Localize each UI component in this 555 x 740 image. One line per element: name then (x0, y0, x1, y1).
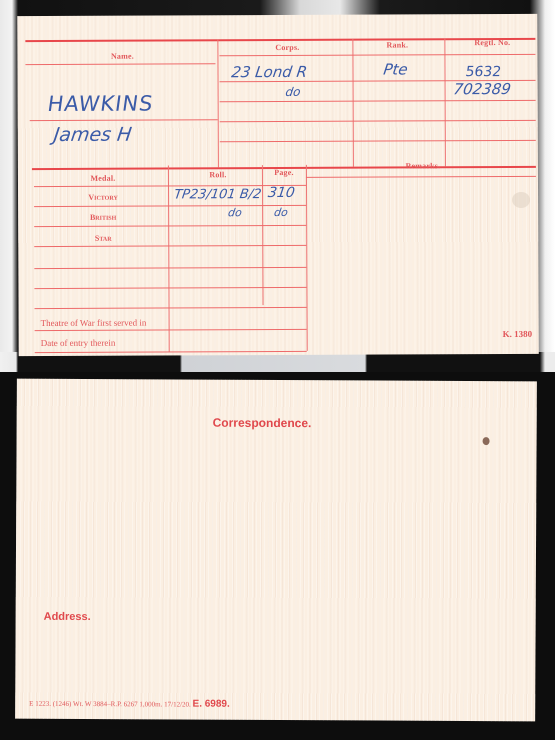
rule (25, 63, 215, 65)
rule (35, 307, 307, 309)
theatre-of-war-label: Theatre of War first served in (41, 318, 147, 328)
rule (34, 225, 306, 227)
column-divider (217, 39, 219, 167)
medal-header: Medal. (68, 174, 138, 183)
medal-index-card-back: Correspondence. Address. E 1223. (1246) … (15, 379, 537, 722)
regtl-no-entry-2: 702389 (452, 80, 512, 98)
rule (34, 267, 306, 269)
regtl-no-header: Regtl. No. (447, 38, 537, 47)
rank-entry: Pte (382, 60, 409, 78)
column-divider (444, 38, 446, 166)
rule (35, 351, 307, 353)
victory-page-entry: 310 (267, 185, 296, 201)
surname-entry: HAWKINS (46, 92, 155, 116)
rule (34, 205, 306, 207)
rule (220, 120, 536, 122)
medal-victory-label: Victory (68, 193, 138, 202)
date-of-entry-label: Date of entry therein (41, 338, 116, 348)
rule (219, 54, 535, 56)
name-header: Name. (77, 51, 167, 60)
british-roll-entry: do (227, 206, 242, 219)
rule (30, 119, 218, 121)
regtl-no-entry-1: 5632 (464, 64, 502, 80)
column-divider (352, 39, 354, 167)
rank-header: Rank. (367, 40, 427, 49)
column-divider (306, 165, 308, 351)
british-page-entry: do (273, 206, 288, 219)
medal-british-label: British (68, 213, 138, 222)
form-number: K. 1380 (503, 329, 533, 339)
forenames-entry: James H (52, 124, 133, 146)
paper-mark (483, 437, 490, 445)
roll-header: Roll. (193, 170, 243, 179)
rule (220, 140, 536, 142)
rule (220, 100, 536, 102)
rule (35, 329, 307, 331)
medal-star-label: Star (68, 234, 138, 243)
correspondence-label: Correspondence. (213, 416, 312, 431)
rule (34, 287, 306, 289)
corps-entry-2: do (285, 85, 302, 99)
rule (34, 245, 306, 247)
print-footer: E 1223. (1246) Wt. W 3884–R.P. 6267 1,00… (29, 698, 230, 710)
address-label: Address. (44, 611, 91, 623)
rule (34, 185, 306, 187)
print-footer-code: E. 6989. (193, 699, 230, 710)
corps-entry-1: 23 Lond R (230, 63, 308, 81)
corps-header: Corps. (247, 43, 327, 52)
victory-roll-entry: TP23/101 B/2 (173, 187, 262, 202)
page-header: Page. (264, 168, 304, 177)
print-footer-text: E 1223. (1246) Wt. W 3884–R.P. 6267 1,00… (29, 700, 191, 709)
rule (306, 176, 536, 178)
medal-index-card-front: Name. Corps. Rank. Regtl. No. HAWKINS Ja… (17, 14, 538, 356)
paper-mark (512, 192, 530, 208)
column-divider (168, 165, 170, 351)
remarks-header: Remarks. (378, 161, 468, 170)
